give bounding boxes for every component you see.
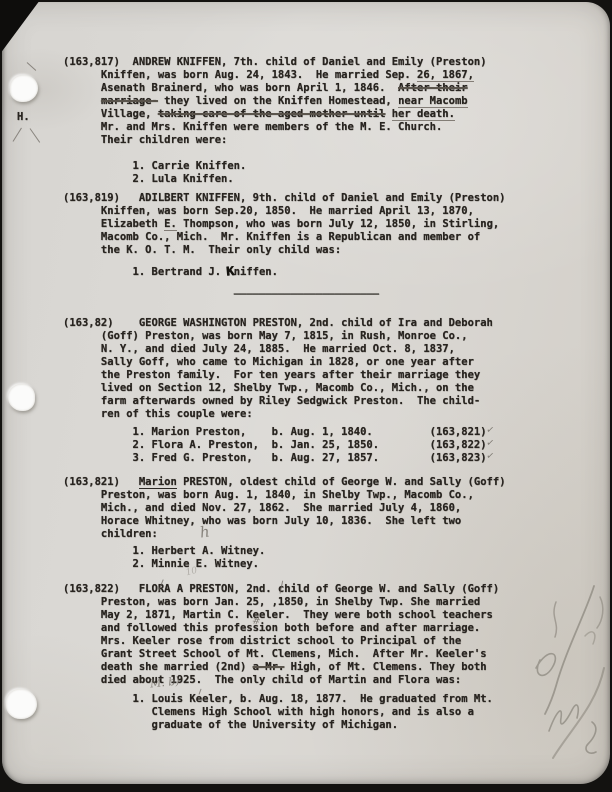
- scanned-document-photo: H.(163,817) ANDREW KNIFFEN, 7th. child o…: [0, 0, 612, 792]
- pencil-scribbles-bottom-right: [0, 0, 612, 792]
